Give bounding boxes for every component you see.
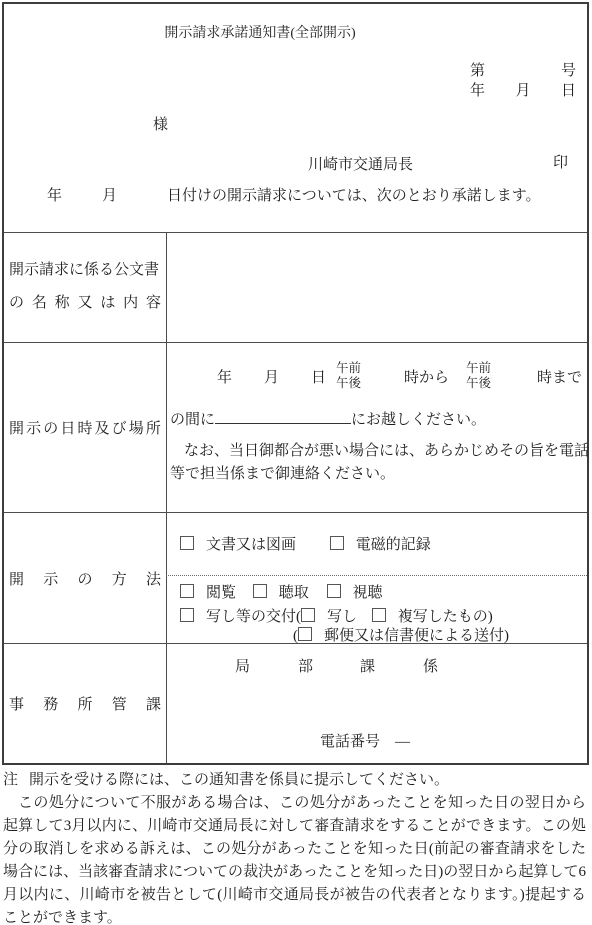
note-paragraph-2: この処分について不服がある場合は、この処分があったことを知った日の翌日から起算し…	[3, 792, 586, 925]
addressee-honorific: 様	[153, 117, 168, 134]
visit-prefix: の間に	[170, 412, 215, 428]
row-label-text: 事務所管課	[9, 693, 161, 714]
am-label: 午前	[336, 361, 361, 376]
doc-date-line: 年 月 日	[470, 79, 576, 100]
dt-month-label: 月	[264, 370, 279, 387]
checkbox-mail-delivery[interactable]	[298, 627, 312, 641]
option-label: 写し等の交付(	[206, 609, 301, 625]
doc-number-suffix: 号	[561, 59, 576, 80]
row-label-text: 開示の日時及び場所	[9, 417, 161, 438]
option-label: 聴取	[279, 585, 309, 601]
checkbox-watching[interactable]	[327, 584, 341, 598]
date-year-label: 年	[470, 79, 485, 100]
pm-label: 午後	[336, 376, 361, 391]
row-label-line2: の名称又は内容	[9, 287, 161, 320]
method-group-viewing: 閲覧 聴取 視聴	[180, 584, 383, 602]
checkbox-listening[interactable]	[253, 584, 267, 598]
checkbox-photocopy[interactable]	[372, 608, 386, 622]
date-day-label: 日	[561, 79, 576, 100]
row-label-datetime-place: 開示の日時及び場所	[4, 343, 166, 511]
intro-month-label: 月	[102, 188, 117, 205]
row-label-office: 事務所管課	[4, 644, 166, 763]
issuer-name: 川崎市交通局長	[308, 157, 413, 174]
dt-day-label: 日	[311, 370, 326, 387]
org-bureau-label: 局	[235, 659, 250, 676]
office-field: 局 部 課 係 電話番号 ―	[166, 644, 587, 763]
option-label: 電磁的記録	[356, 537, 431, 553]
option-label: 文書又は図画	[206, 537, 296, 553]
dt-year-label: 年	[217, 370, 232, 387]
checkbox-documents-drawings[interactable]	[180, 536, 194, 550]
option-label: 視聴	[353, 585, 383, 601]
venue-blank-field[interactable]	[215, 408, 351, 424]
phone-number-dash: ―	[395, 734, 410, 751]
note-mark: 注	[3, 772, 18, 788]
option-label: 写し	[327, 609, 357, 625]
pm-label: 午後	[466, 376, 491, 391]
option-label: 複写したもの)	[398, 609, 493, 625]
org-section-label: 係	[423, 659, 438, 676]
doc-number-line: 第 号	[470, 59, 576, 80]
hour-to-label: 時まで	[537, 370, 582, 387]
disclosure-approval-notice-document: 開示請求承諾通知書(全部開示) 第 号 年 月 日 様 川崎市交通局長 印 年 …	[0, 0, 592, 925]
footer-notes: 注開示を受ける際には、この通知書を係員に提示してください。 この処分について不服…	[3, 769, 586, 925]
seal-mark: 印	[553, 155, 568, 172]
row-label-line1: 開示請求に係る公文書	[9, 254, 161, 287]
visit-suffix: にお越しください。	[351, 412, 486, 428]
contact-note-line1: なお、当日御都合が悪い場合には、あらかじめその旨を電話	[184, 443, 589, 460]
document-name-field	[166, 233, 587, 341]
am-pm-selector-end: 午前 午後	[466, 361, 491, 391]
method-field: 文書又は図画 電磁的記録 閲覧 聴取 視聴 写し等の交付(写し 複写したもの) …	[166, 513, 587, 643]
am-label: 午前	[466, 361, 491, 376]
org-department-label: 部	[298, 659, 313, 676]
note-text-1: 開示を受ける際には、この通知書を係員に提示してください。	[29, 772, 449, 788]
method-group-mail: (郵便又は信書便による送付)	[293, 627, 509, 645]
option-label: 郵便又は信書便による送付)	[324, 628, 509, 644]
doc-number-prefix: 第	[470, 59, 485, 80]
hour-from-label: 時から	[404, 370, 449, 387]
note-line-1: 注開示を受ける際には、この通知書を係員に提示してください。	[3, 769, 586, 792]
option-label: 閲覧	[206, 585, 236, 601]
checkbox-copy-delivery[interactable]	[180, 608, 194, 622]
intro-year-label: 年	[47, 188, 62, 205]
dotted-separator	[166, 575, 587, 576]
method-group-media: 文書又は図画 電磁的記録	[180, 536, 431, 554]
contact-note-line2: 等で担当係まで御連絡ください。	[170, 466, 395, 483]
method-group-copy: 写し等の交付(写し 複写したもの)	[180, 608, 493, 626]
phone-number-label: 電話番号	[320, 734, 380, 751]
checkbox-copy[interactable]	[301, 608, 315, 622]
intro-statement: 日付けの開示請求については、次のとおり承諾します。	[167, 188, 541, 205]
row-label-document-name: 開示請求に係る公文書 の名称又は内容	[4, 233, 166, 341]
visit-line: の間ににお越しください。	[170, 408, 486, 429]
row-label-method: 開示の方法	[4, 513, 166, 643]
am-pm-selector-start: 午前 午後	[336, 361, 361, 391]
checkbox-inspection[interactable]	[180, 584, 194, 598]
datetime-place-field: 年 月 日 午前 午後 時から 午前 午後 時まで の間ににお越しください。 な…	[166, 343, 587, 511]
org-division-label: 課	[360, 659, 375, 676]
page-title: 開示請求承諾通知書(全部開示)	[0, 22, 520, 42]
date-month-label: 月	[515, 79, 530, 100]
checkbox-electronic-record[interactable]	[330, 536, 344, 550]
row-label-text: 開示の方法	[9, 568, 161, 589]
